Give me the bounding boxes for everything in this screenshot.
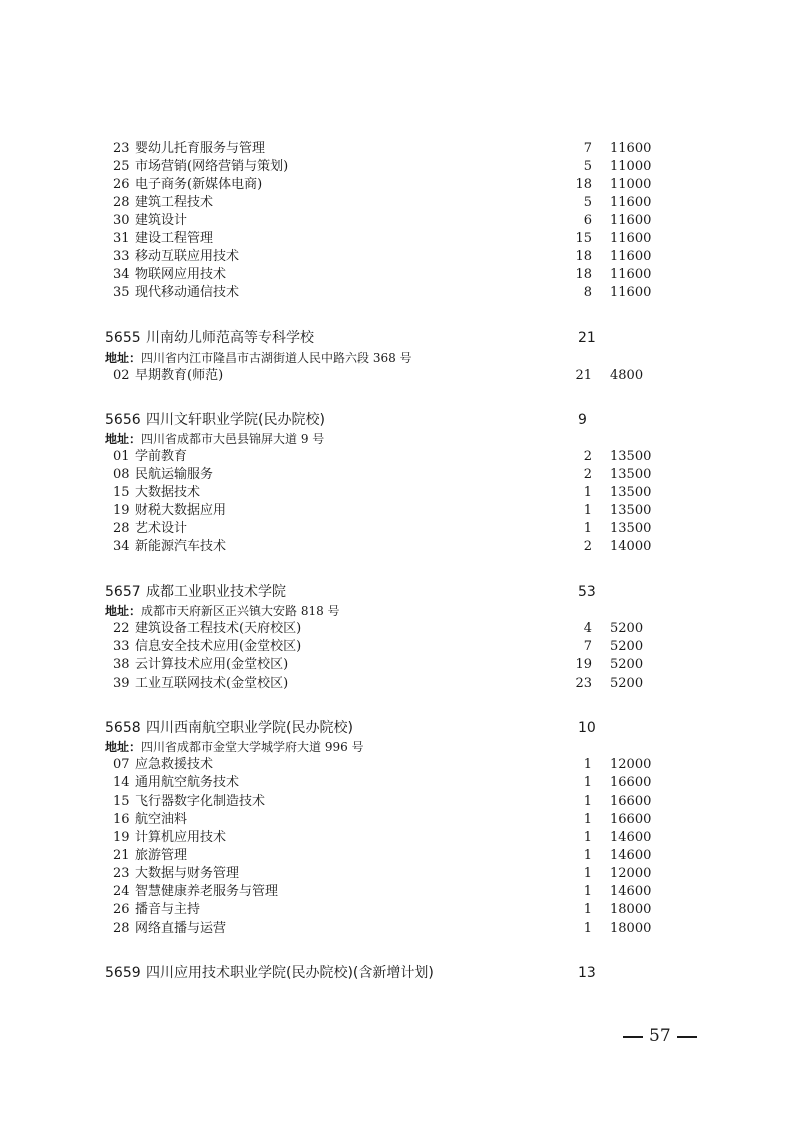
major-count: 1: [584, 829, 592, 847]
major-code: 34: [113, 538, 130, 556]
major-fee: 16600: [610, 811, 651, 829]
table-row: 19财税大数据应用113500: [0, 502, 794, 520]
major-name: 艺术设计: [135, 520, 187, 538]
major-code: 07: [113, 756, 130, 774]
table-row: 31建设工程管理1511600: [0, 230, 794, 248]
table-row: 23婴幼儿托育服务与管理711600: [0, 140, 794, 158]
major-count: 5: [584, 194, 592, 212]
address-text: 成都市天府新区正兴镇大安路 818 号: [141, 604, 340, 618]
major-code: 08: [113, 466, 130, 484]
major-fee: 5200: [610, 675, 643, 693]
major-fee: 13500: [610, 520, 651, 538]
major-name: 建设工程管理: [135, 230, 213, 248]
major-name: 大数据与财务管理: [135, 865, 239, 883]
school-address: 地址：四川省成都市金堂大学城学府大道 996 号: [105, 738, 364, 756]
school-total: 13: [578, 962, 596, 984]
major-fee: 4800: [610, 367, 643, 385]
major-fee: 11000: [610, 158, 651, 176]
major-fee: 13500: [610, 448, 651, 466]
major-fee: 11600: [610, 266, 651, 284]
table-row: 35现代移动通信技术811600: [0, 284, 794, 302]
document-page: 23婴幼儿托育服务与管理711600 25市场营销(网络营销与策划)511000…: [0, 0, 794, 1123]
major-count: 15: [575, 230, 592, 248]
school-name: 成都工业职业技术学院: [146, 581, 286, 603]
address-label: 地址：: [105, 604, 141, 618]
school-code: 5655: [105, 327, 141, 349]
school-code: 5657: [105, 581, 141, 603]
major-count: 7: [584, 638, 592, 656]
school-total: 21: [578, 327, 596, 349]
school-name: 四川应用技术职业学院(民办院校)(含新增计划): [146, 962, 434, 984]
major-code: 19: [113, 502, 130, 520]
school-heading: 5658四川西南航空职业学院(民办院校)10: [0, 717, 794, 739]
major-code: 26: [113, 176, 130, 194]
major-count: 18: [575, 176, 592, 194]
table-row: 14通用航空航务技术116600: [0, 774, 794, 792]
major-name: 通用航空航务技术: [135, 774, 239, 792]
major-name: 应急救援技术: [135, 756, 213, 774]
major-fee: 12000: [610, 865, 651, 883]
table-row: 24智慧健康养老服务与管理114600: [0, 883, 794, 901]
major-name: 信息安全技术应用(金堂校区): [135, 638, 301, 656]
major-name: 财税大数据应用: [135, 502, 226, 520]
address-label: 地址：: [105, 432, 141, 446]
page-number-text: 57: [649, 1026, 671, 1046]
table-row: 23大数据与财务管理112000: [0, 865, 794, 883]
table-row: 28艺术设计113500: [0, 520, 794, 538]
major-fee: 13500: [610, 502, 651, 520]
major-fee: 11600: [610, 248, 651, 266]
major-fee: 11600: [610, 212, 651, 230]
major-count: 8: [584, 284, 592, 302]
table-row: 33移动互联应用技术1811600: [0, 248, 794, 266]
major-code: 15: [113, 793, 130, 811]
address-label: 地址：: [105, 740, 141, 754]
school-address: 地址：成都市天府新区正兴镇大安路 818 号: [105, 602, 340, 620]
school-code: 5658: [105, 717, 141, 739]
school-total: 10: [578, 717, 596, 739]
table-row: 30建筑设计611600: [0, 212, 794, 230]
major-code: 23: [113, 865, 130, 883]
major-name: 民航运输服务: [135, 466, 213, 484]
school-total: 53: [578, 581, 596, 603]
major-count: 18: [575, 248, 592, 266]
address-text: 四川省成都市大邑县锦屏大道 9 号: [141, 432, 324, 446]
major-fee: 18000: [610, 920, 651, 938]
major-count: 18: [575, 266, 592, 284]
address-label: 地址：: [105, 351, 141, 365]
major-fee: 11600: [610, 194, 651, 212]
school-heading: 5659四川应用技术职业学院(民办院校)(含新增计划)13: [0, 962, 794, 984]
table-row: 08民航运输服务213500: [0, 466, 794, 484]
major-fee: 12000: [610, 756, 651, 774]
major-count: 23: [575, 675, 592, 693]
major-count: 1: [584, 756, 592, 774]
address-text: 四川省成都市金堂大学城学府大道 996 号: [141, 740, 364, 754]
major-code: 19: [113, 829, 130, 847]
table-row: 28网络直播与运营118000: [0, 920, 794, 938]
major-name: 新能源汽车技术: [135, 538, 226, 556]
major-count: 1: [584, 520, 592, 538]
address-text: 四川省内江市隆昌市古湖街道人民中路六段 368 号: [141, 351, 412, 365]
school-address: 地址：四川省成都市大邑县锦屏大道 9 号: [105, 430, 324, 448]
school-name: 川南幼儿师范高等专科学校: [146, 327, 314, 349]
table-row: 15飞行器数字化制造技术116600: [0, 793, 794, 811]
major-name: 移动互联应用技术: [135, 248, 239, 266]
major-fee: 5200: [610, 620, 643, 638]
major-code: 24: [113, 883, 130, 901]
major-name: 市场营销(网络营销与策划): [135, 158, 288, 176]
major-name: 计算机应用技术: [135, 829, 226, 847]
major-count: 1: [584, 901, 592, 919]
major-code: 39: [113, 675, 130, 693]
major-fee: 11600: [610, 284, 651, 302]
major-name: 学前教育: [135, 448, 187, 466]
major-count: 2: [584, 466, 592, 484]
table-row: 02早期教育(师范)214800: [0, 367, 794, 385]
dash-right: [677, 1036, 697, 1038]
major-name: 建筑设计: [135, 212, 187, 230]
major-name: 网络直播与运营: [135, 920, 226, 938]
table-row: 16航空油料116600: [0, 811, 794, 829]
school-heading: 5656四川文轩职业学院(民办院校)9: [0, 409, 794, 431]
table-row: 01学前教育213500: [0, 448, 794, 466]
table-row: 26播音与主持118000: [0, 901, 794, 919]
major-code: 22: [113, 620, 130, 638]
major-fee: 14600: [610, 847, 651, 865]
table-row: 22建筑设备工程技术(天府校区)45200: [0, 620, 794, 638]
major-fee: 5200: [610, 638, 643, 656]
major-count: 1: [584, 793, 592, 811]
major-count: 1: [584, 847, 592, 865]
table-row: 34新能源汽车技术214000: [0, 538, 794, 556]
major-fee: 11600: [610, 230, 651, 248]
table-row: 34物联网应用技术1811600: [0, 266, 794, 284]
major-count: 1: [584, 920, 592, 938]
major-fee: 13500: [610, 484, 651, 502]
major-name: 旅游管理: [135, 847, 187, 865]
major-count: 21: [575, 367, 592, 385]
major-count: 1: [584, 865, 592, 883]
major-count: 1: [584, 502, 592, 520]
major-code: 26: [113, 901, 130, 919]
major-count: 7: [584, 140, 592, 158]
major-code: 30: [113, 212, 130, 230]
table-row: 39工业互联网技术(金堂校区)235200: [0, 675, 794, 693]
major-code: 15: [113, 484, 130, 502]
major-fee: 16600: [610, 774, 651, 792]
school-heading: 5655川南幼儿师范高等专科学校21: [0, 327, 794, 349]
school-code: 5659: [105, 962, 141, 984]
major-fee: 14600: [610, 883, 651, 901]
major-name: 航空油料: [135, 811, 187, 829]
table-row: 38云计算技术应用(金堂校区)195200: [0, 656, 794, 674]
table-row: 26电子商务(新媒体电商)1811000: [0, 176, 794, 194]
major-code: 33: [113, 248, 130, 266]
major-name: 物联网应用技术: [135, 266, 226, 284]
major-fee: 14000: [610, 538, 651, 556]
major-count: 1: [584, 883, 592, 901]
major-fee: 11600: [610, 140, 651, 158]
school-address: 地址：四川省内江市隆昌市古湖街道人民中路六段 368 号: [105, 349, 412, 367]
major-name: 现代移动通信技术: [135, 284, 239, 302]
major-name: 建筑工程技术: [135, 194, 213, 212]
major-code: 35: [113, 284, 130, 302]
major-fee: 11000: [610, 176, 651, 194]
major-count: 6: [584, 212, 592, 230]
major-code: 02: [113, 367, 130, 385]
major-name: 工业互联网技术(金堂校区): [135, 675, 288, 693]
major-count: 1: [584, 811, 592, 829]
major-code: 16: [113, 811, 130, 829]
major-count: 2: [584, 538, 592, 556]
major-count: 2: [584, 448, 592, 466]
school-name: 四川文轩职业学院(民办院校): [146, 409, 325, 431]
table-row: 07应急救援技术112000: [0, 756, 794, 774]
major-code: 34: [113, 266, 130, 284]
major-name: 云计算技术应用(金堂校区): [135, 656, 288, 674]
major-count: 19: [575, 656, 592, 674]
major-name: 早期教育(师范): [135, 367, 223, 385]
major-count: 1: [584, 774, 592, 792]
table-row: 28建筑工程技术511600: [0, 194, 794, 212]
table-row: 21旅游管理114600: [0, 847, 794, 865]
major-name: 播音与主持: [135, 901, 200, 919]
school-name: 四川西南航空职业学院(民办院校): [146, 717, 353, 739]
major-code: 28: [113, 920, 130, 938]
major-code: 23: [113, 140, 130, 158]
major-fee: 5200: [610, 656, 643, 674]
school-code: 5656: [105, 409, 141, 431]
major-count: 5: [584, 158, 592, 176]
major-fee: 18000: [610, 901, 651, 919]
major-code: 28: [113, 194, 130, 212]
major-fee: 14600: [610, 829, 651, 847]
table-row: 25市场营销(网络营销与策划)511000: [0, 158, 794, 176]
major-name: 建筑设备工程技术(天府校区): [135, 620, 301, 638]
major-code: 21: [113, 847, 130, 865]
major-code: 38: [113, 656, 130, 674]
major-code: 28: [113, 520, 130, 538]
major-code: 01: [113, 448, 130, 466]
major-code: 25: [113, 158, 130, 176]
table-row: 33信息安全技术应用(金堂校区)75200: [0, 638, 794, 656]
dash-left: [623, 1036, 643, 1038]
page-number: 57: [617, 1025, 703, 1047]
major-code: 14: [113, 774, 130, 792]
major-code: 31: [113, 230, 130, 248]
major-name: 大数据技术: [135, 484, 200, 502]
major-fee: 16600: [610, 793, 651, 811]
major-name: 电子商务(新媒体电商): [135, 176, 262, 194]
school-total: 9: [578, 409, 587, 431]
major-code: 33: [113, 638, 130, 656]
major-name: 飞行器数字化制造技术: [135, 793, 265, 811]
major-count: 4: [584, 620, 592, 638]
major-count: 1: [584, 484, 592, 502]
school-heading: 5657成都工业职业技术学院53: [0, 581, 794, 603]
major-name: 智慧健康养老服务与管理: [135, 883, 278, 901]
table-row: 19计算机应用技术114600: [0, 829, 794, 847]
major-name: 婴幼儿托育服务与管理: [135, 140, 265, 158]
major-fee: 13500: [610, 466, 651, 484]
table-row: 15大数据技术113500: [0, 484, 794, 502]
